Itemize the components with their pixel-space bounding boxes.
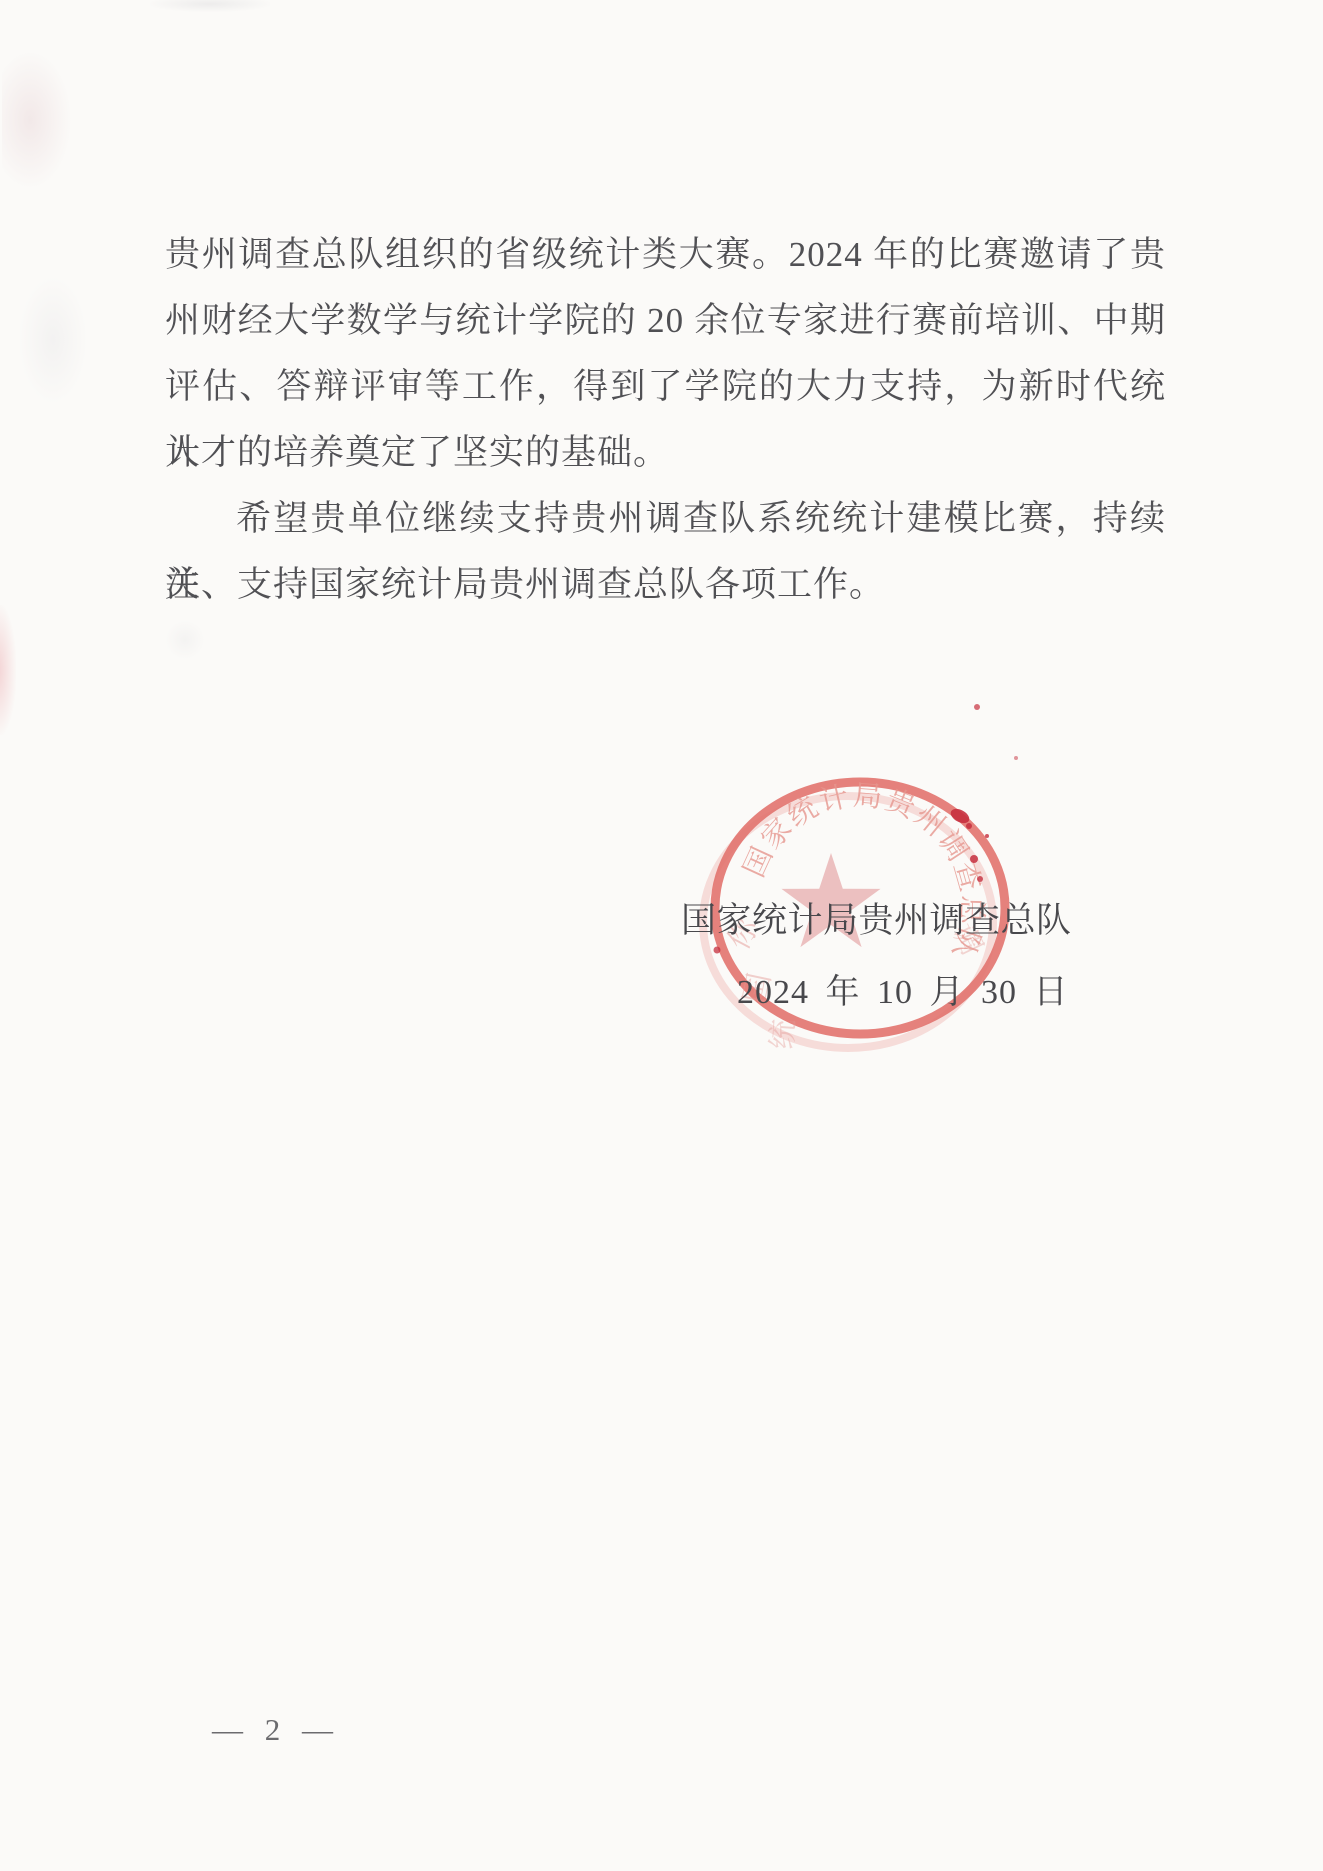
letter-body: 贵州调查总队组织的省级统计类大赛。2024 年的比赛邀请了贵 州财经大学数学与统… [165,222,1166,618]
body-line: 评估、答辩评审等工作，得到了学院的大力支持，为新时代统计 [165,354,1166,420]
ink-speck [974,704,980,710]
scan-smudge [0,605,16,735]
scan-smudge [18,275,88,405]
signature-organization: 国家统计局贵州调查总队 [681,893,1072,943]
scan-smudge [165,620,205,660]
page-number: — 2 — [212,1712,335,1748]
seal-ghost-char: 统 [766,1018,801,1050]
body-line: 州财经大学数学与统计学院的 20 余位专家进行赛前培训、中期 [165,288,1166,354]
body-line: 注、支持国家统计局贵州调查总队各项工作。 [165,552,1166,618]
scan-smudge [2,50,72,190]
body-line: 人才的培养奠定了坚实的基础。 [165,420,1166,486]
scan-smudge [150,0,270,12]
ink-speck [1014,756,1018,760]
body-line: 贵州调查总队组织的省级统计类大赛。2024 年的比赛邀请了贵 [165,222,1166,288]
signature-date: 2024 年 10 月 30 日 [737,964,1069,1013]
scanned-letter-page: 贵州调查总队组织的省级统计类大赛。2024 年的比赛邀请了贵 州财经大学数学与统… [0,0,1323,1871]
body-line: 希望贵单位继续支持贵州调查队系统统计建模比赛，持续关 [165,486,1166,552]
